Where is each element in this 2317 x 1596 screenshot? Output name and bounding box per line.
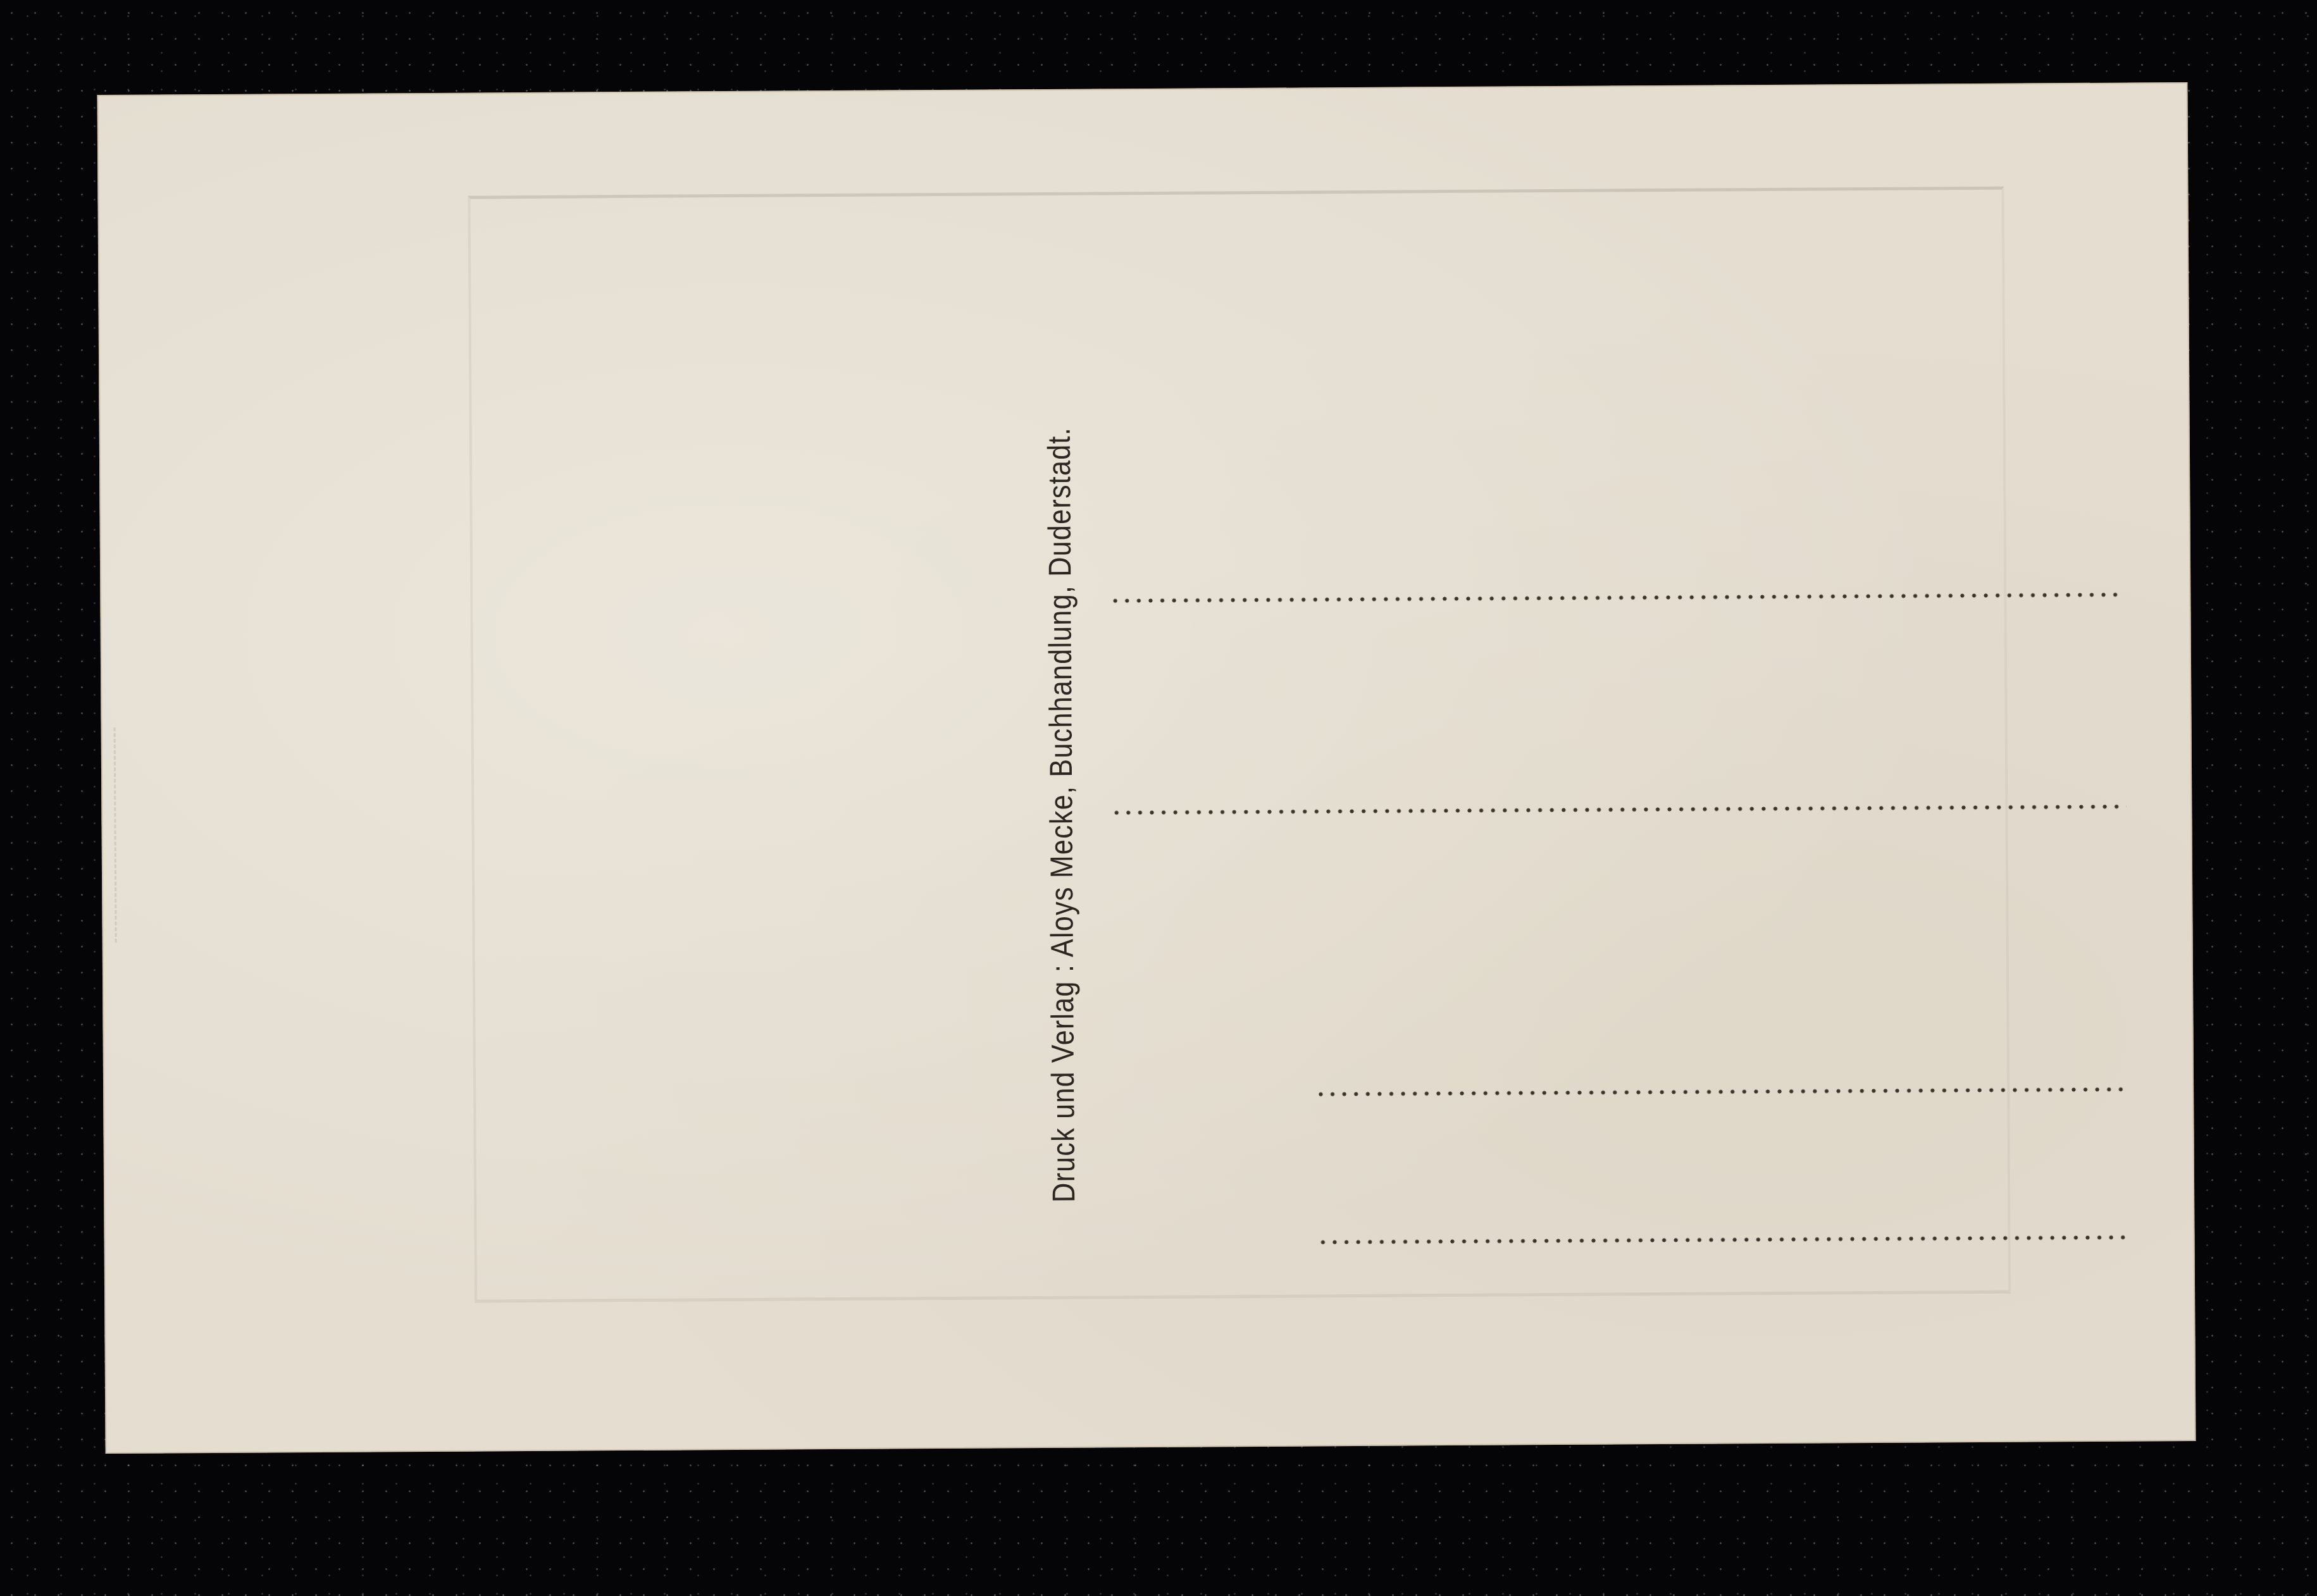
postcard: Druck und Verlag : Aloys Mecke, Buchhand…: [97, 82, 2196, 1454]
embossed-frame: [468, 187, 2011, 1303]
ghost-offset-mark: [114, 727, 142, 943]
publisher-imprint: Druck und Verlag : Aloys Mecke, Buchhand…: [1041, 427, 1082, 1203]
